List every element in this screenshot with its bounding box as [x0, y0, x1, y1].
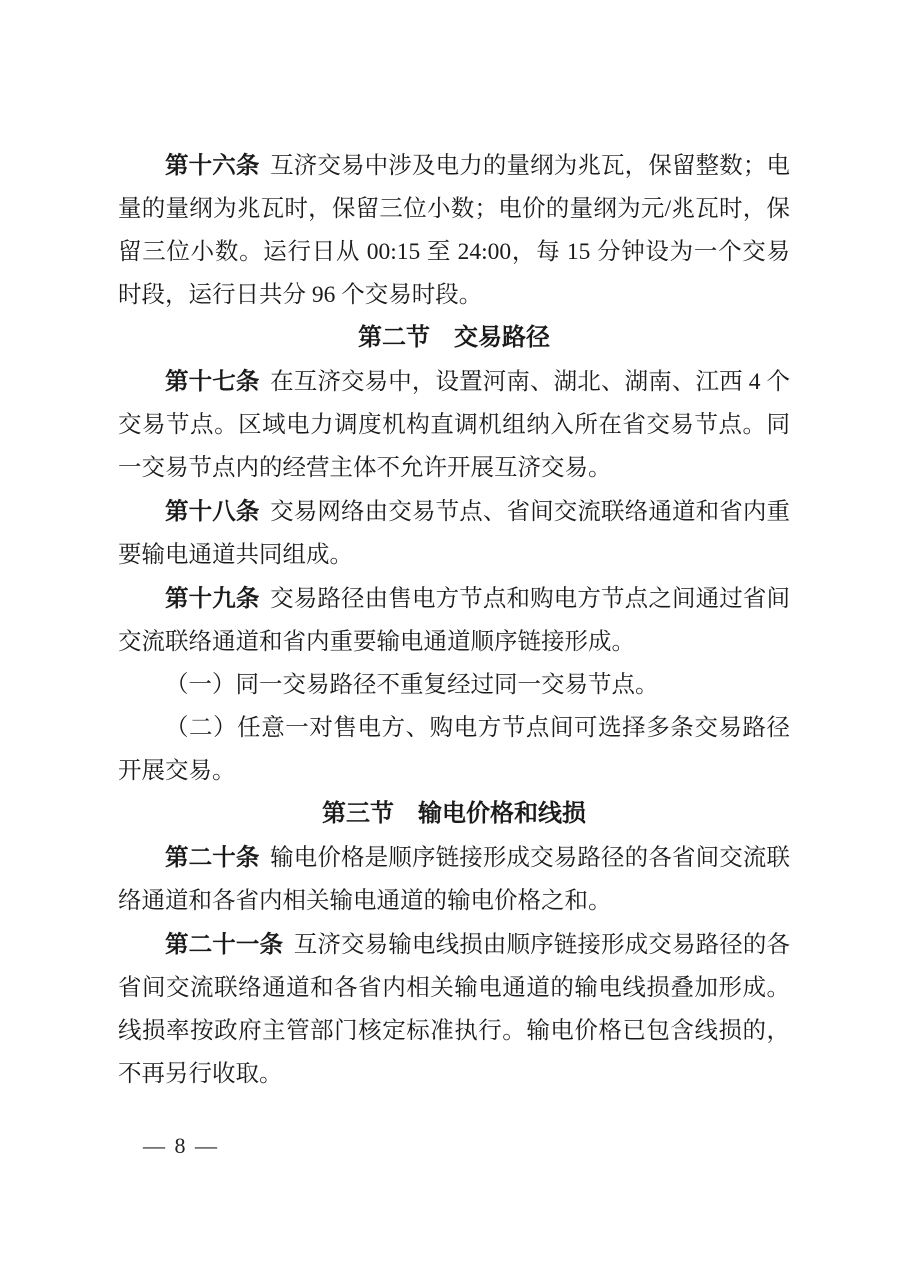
article-number: 第二十一条 [165, 931, 283, 957]
article-paragraph-18: 第十八条交易网络由交易节点、省间交流联络通道和省内重要输电通道共同组成。 [118, 490, 790, 577]
article-paragraph-20: 第二十条输电价格是顺序链接形成交易路径的各省间交流联络通道和各省内相关输电通道的… [118, 836, 790, 923]
section-heading-2: 第二节 交易路径 [118, 317, 790, 360]
document-content: 第十六条互济交易中涉及电力的量纲为兆瓦，保留整数；电量的量纲为兆瓦时，保留三位小… [118, 144, 790, 1096]
section-heading-3: 第三节 输电价格和线损 [118, 793, 790, 836]
article-number: 第十七条 [165, 368, 260, 394]
article-number: 第二十条 [165, 844, 260, 870]
article-paragraph-19: 第十九条交易路径由售电方节点和购电方节点之间通过省间交流联络通道和省内重要输电通… [118, 577, 790, 664]
page-number: — 8 — [143, 1132, 219, 1160]
article-number: 第十九条 [165, 585, 260, 611]
list-item-2: （二）任意一对售电方、购电方节点间可选择多条交易路径开展交易。 [118, 707, 790, 793]
page-number-text: — 8 — [143, 1133, 219, 1158]
article-paragraph-21: 第二十一条互济交易输电线损由顺序链接形成交易路径的各省间交流联络通道和各省内相关… [118, 923, 790, 1096]
list-item-1: （一）同一交易路径不重复经过同一交易节点。 [118, 664, 790, 707]
article-number: 第十八条 [165, 498, 260, 524]
document-page: 第十六条互济交易中涉及电力的量纲为兆瓦，保留整数；电量的量纲为兆瓦时，保留三位小… [0, 0, 900, 1272]
article-number: 第十六条 [165, 152, 260, 178]
article-paragraph-17: 第十七条在互济交易中，设置河南、湖北、湖南、江西 4 个交易节点。区域电力调度机… [118, 360, 790, 490]
article-paragraph-16: 第十六条互济交易中涉及电力的量纲为兆瓦，保留整数；电量的量纲为兆瓦时，保留三位小… [118, 144, 790, 317]
